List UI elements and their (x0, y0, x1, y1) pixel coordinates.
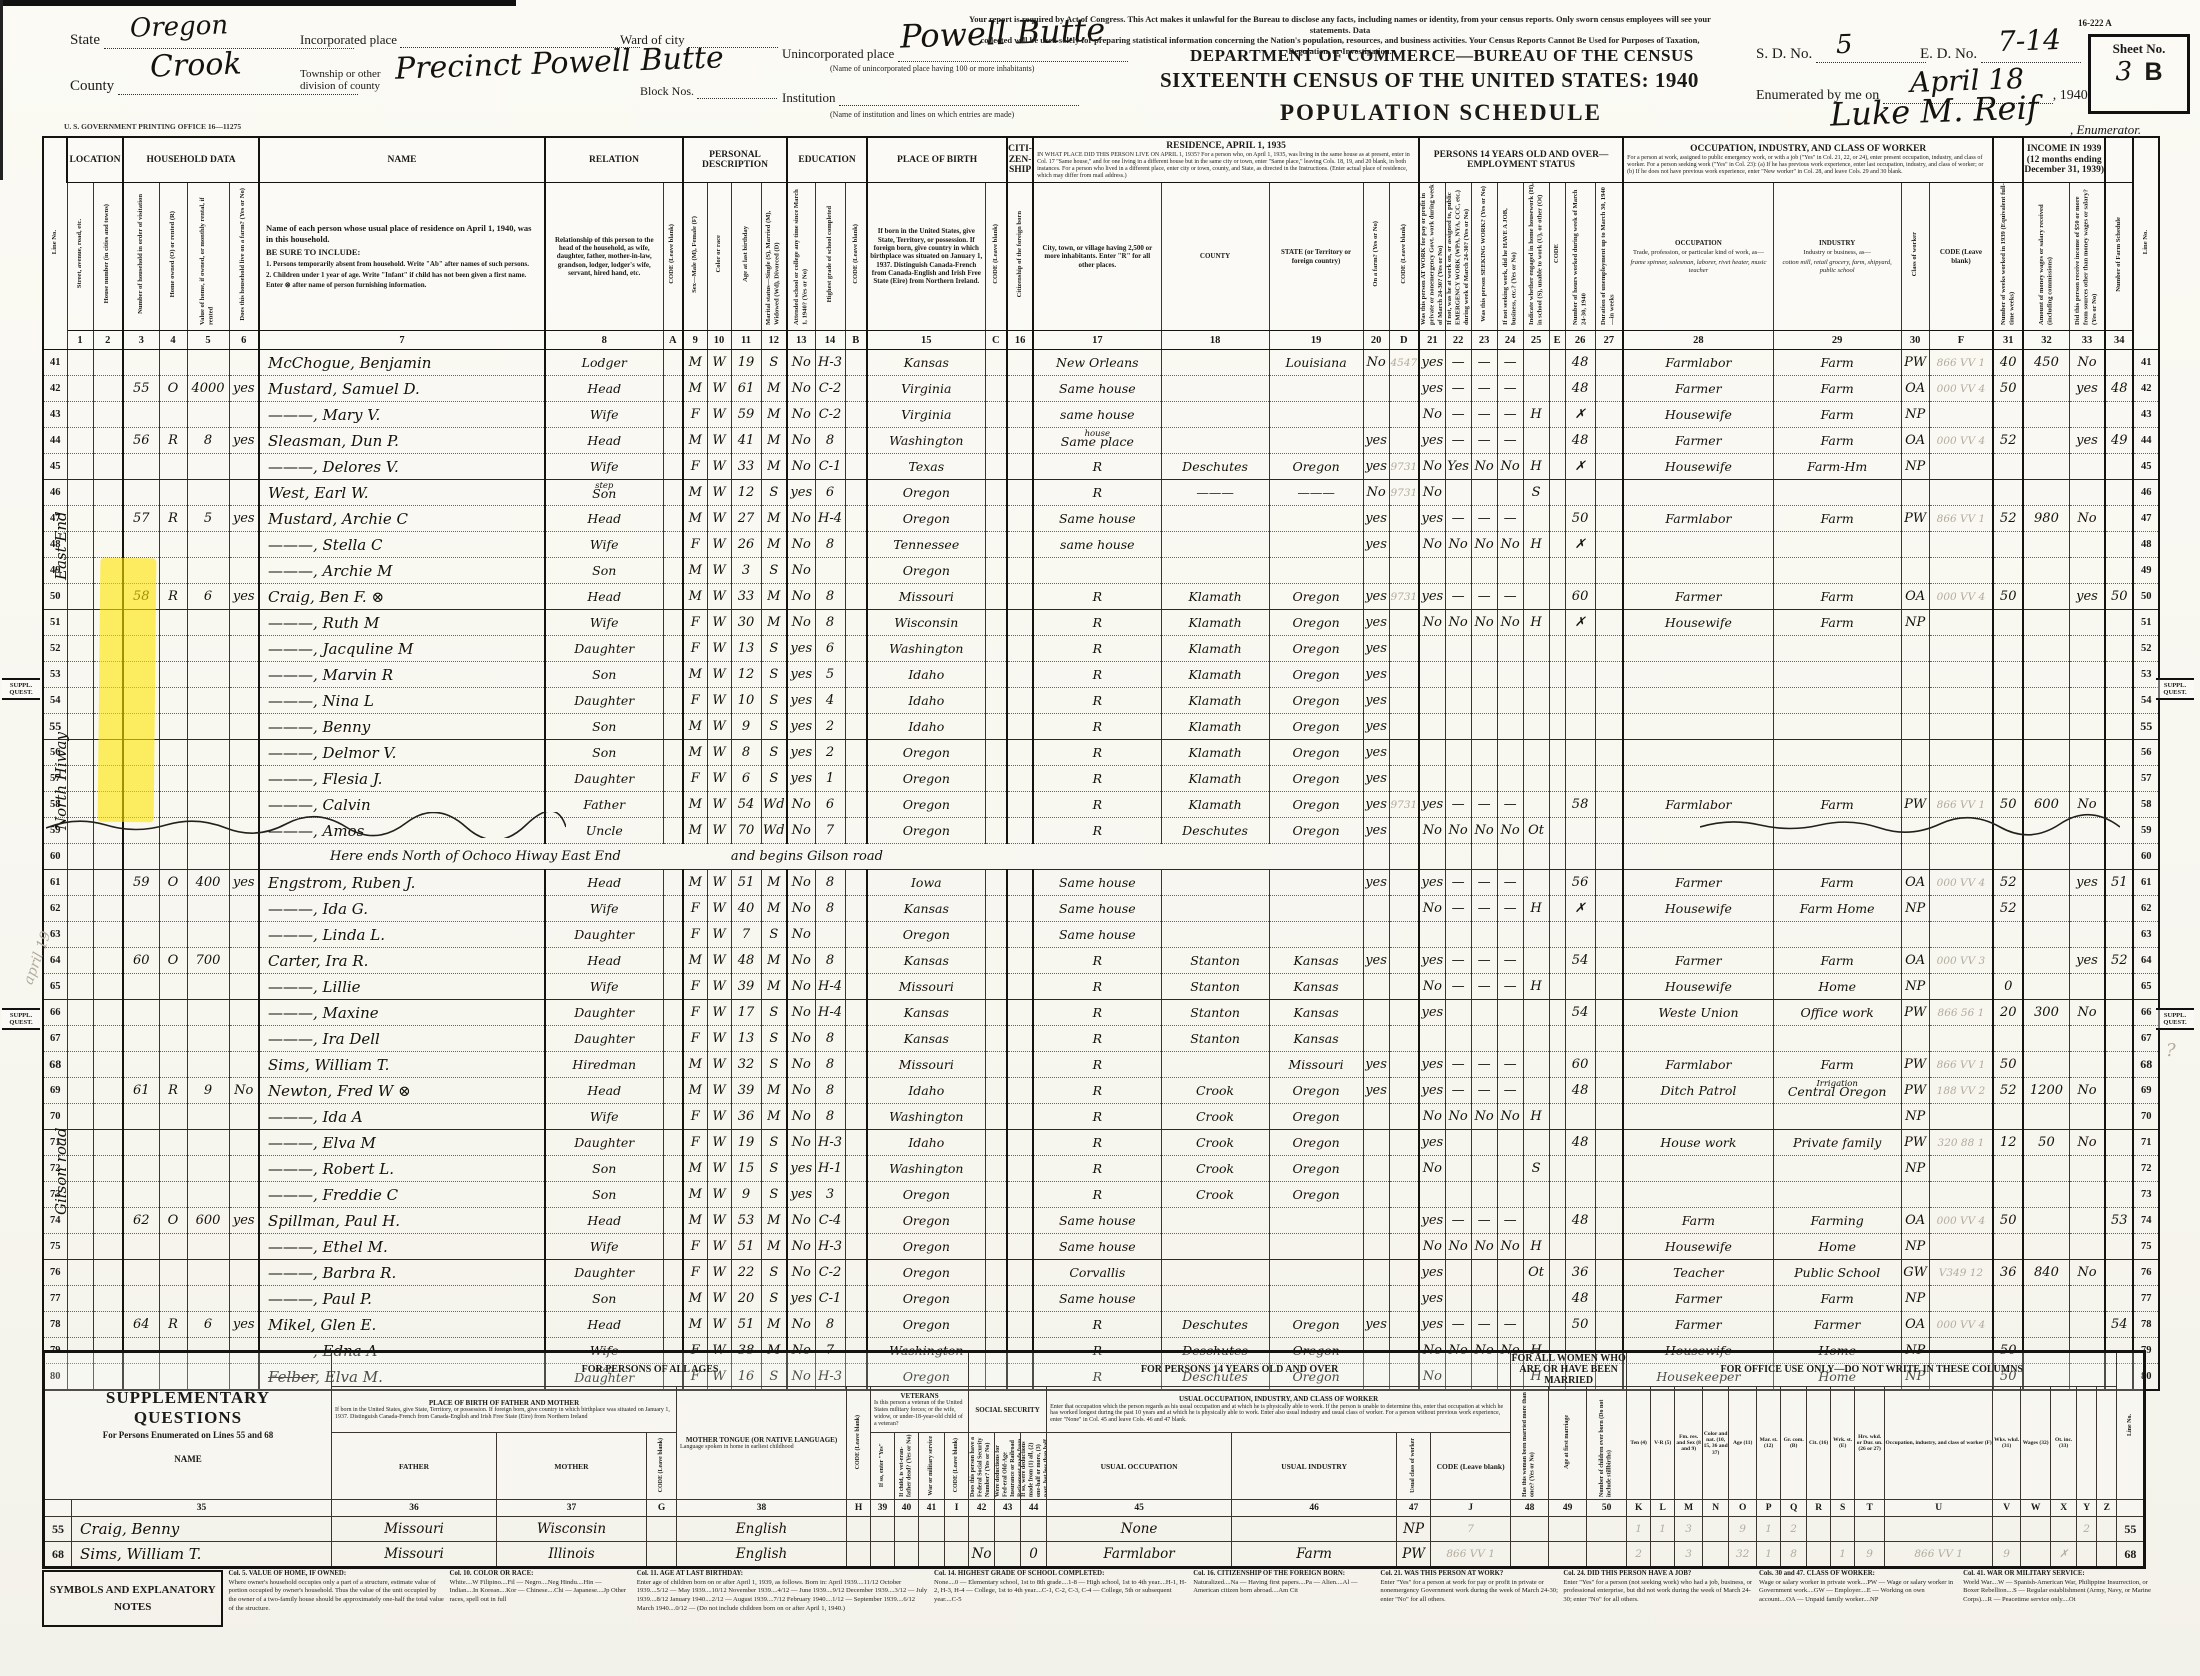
cell-oth (2069, 974, 2105, 1000)
cell-wks: 50 (1993, 376, 2023, 402)
cell-cit (1007, 974, 1033, 1000)
cell-w24: No (1497, 610, 1523, 636)
cell-r17: Same house (1033, 1234, 1161, 1260)
column-number-1: 1 (67, 331, 93, 350)
cell-r17: same house (1033, 532, 1161, 558)
cell-c (985, 974, 1007, 1000)
cell-col: W (707, 1312, 731, 1338)
form-header: State Oregon County Crook Incorporated p… (0, 6, 2200, 136)
cell-dur (1595, 1156, 1623, 1182)
cell-cit (1007, 402, 1033, 428)
cell-rel: Daughter (545, 1260, 663, 1286)
cell-col: W (707, 792, 731, 818)
cell-farm (229, 896, 259, 922)
cell-r18 (1161, 506, 1269, 532)
cell-a (663, 532, 683, 558)
cell-a (663, 1182, 683, 1208)
supp-cell-Q: 8 (1781, 1542, 1807, 1568)
cell-oth (2069, 714, 2105, 740)
cell-d (1389, 532, 1419, 558)
cell-w23 (1471, 636, 1497, 662)
cell-sch: No (787, 948, 815, 974)
supp-number-39: 39 (871, 1500, 895, 1517)
cell-c (985, 948, 1007, 974)
cell-cls: NP (1901, 896, 1929, 922)
cell-wag (2023, 1026, 2069, 1052)
cell-wks (1993, 1026, 2023, 1052)
cell-b (845, 1286, 867, 1312)
cell-house (93, 948, 123, 974)
cell-empty (67, 844, 93, 870)
cell-w24: — (1497, 584, 1523, 610)
column-header-B: CODE (Leave blank) (845, 183, 867, 331)
cell-f: 866 VV 1 (1929, 1052, 1993, 1078)
cell-hrs: 48 (1565, 1078, 1595, 1104)
column-number-13: 13 (787, 331, 815, 350)
veteran-father-dead-header: If child, is vet-eran-father dead? (Yes … (895, 1433, 919, 1500)
cell-d (1389, 922, 1419, 948)
cell-val (187, 1182, 229, 1208)
cell-r20: yes (1363, 818, 1389, 844)
cell-dur (1595, 766, 1623, 792)
cell-wag (2023, 1052, 2069, 1078)
cell-fs: 52 (2105, 948, 2133, 974)
cell-ind: Farm (1773, 402, 1901, 428)
supp-cell-v40 (895, 1542, 919, 1568)
cell-street (67, 1052, 93, 1078)
block-field: Block Nos. (640, 84, 777, 99)
column-number-D: D (1389, 331, 1419, 350)
group-header-10: OCCUPATION, INDUSTRY, AND CLASS OF WORKE… (1623, 137, 1993, 183)
cell-empty (1595, 844, 1623, 870)
cell-wag: 50 (2023, 1130, 2069, 1156)
cell-r18: Stanton (1161, 974, 1269, 1000)
cell-b (845, 766, 867, 792)
cell-rel: Son (545, 1182, 663, 1208)
group-header-8: RESIDENCE, APRIL 1, 1935IN WHAT PLACE DI… (1033, 137, 1419, 183)
women-col-w49: Age at first marriage (1549, 1387, 1587, 1500)
cell-sex: F (683, 1130, 707, 1156)
cell-f (1929, 688, 1993, 714)
cell-oth (2069, 610, 2105, 636)
cell-pob: Kansas (867, 1000, 985, 1026)
cell-c (985, 1182, 1007, 1208)
table-row-71: 71———, Elva MDaughterFW19SNoH-3IdahoRCro… (43, 1130, 2159, 1156)
table-row-65: 65———, LillieWifeFW39MNoH-4MissouriRStan… (43, 974, 2159, 1000)
cell-house (93, 1052, 123, 1078)
cell-col: W (707, 1000, 731, 1026)
cell-occ: Farmlabor (1623, 1052, 1773, 1078)
cell-hrs (1565, 818, 1595, 844)
note-6: Col. 21. WAS THIS PERSON AT WORK?Enter "… (1380, 1570, 1558, 1627)
cell-hh (123, 1052, 159, 1078)
supp-cell-O: 9 (1729, 1517, 1757, 1542)
street-label-east-end: East End (52, 511, 70, 580)
usual-industry-header: USUAL INDUSTRY (1232, 1433, 1397, 1500)
cell-house (93, 376, 123, 402)
cell-wag (2023, 740, 2069, 766)
column-number-11: 11 (731, 331, 761, 350)
cell-f: 000 VV 4 (1929, 870, 1993, 896)
cell-w21: yes (1419, 506, 1445, 532)
column-number-9: 9 (683, 331, 707, 350)
cell-r18: Klamath (1161, 662, 1269, 688)
supp-cell-ln2: 55 (2117, 1517, 2145, 1542)
cell-occ: Farmlabor (1623, 350, 1773, 376)
cell-name: Sleasman, Dun P. (259, 428, 545, 454)
cell-gr: 8 (815, 428, 845, 454)
cell-hrs: 54 (1565, 948, 1595, 974)
cell-sch: No (787, 1234, 815, 1260)
column-header-27: Duration of un­employ­ment up to March 3… (1595, 183, 1623, 331)
cell-oth (2069, 1182, 2105, 1208)
cell-street (67, 402, 93, 428)
cell-r17: R (1033, 1104, 1161, 1130)
cell-mar: S (761, 636, 787, 662)
cell-occ (1623, 1182, 1773, 1208)
cell-r18: Klamath (1161, 610, 1269, 636)
cell-oth (2069, 532, 2105, 558)
cell-fs (2105, 740, 2133, 766)
cell-rel: Hiredman (545, 1052, 663, 1078)
cell-gr: C-2 (815, 376, 845, 402)
supp-cell-occ: None (1047, 1517, 1232, 1542)
column-header-17: City, town, or village having 2,500 or m… (1033, 183, 1161, 331)
cell-r18: Klamath (1161, 714, 1269, 740)
cell-dur (1595, 1130, 1623, 1156)
cell-farm: No (229, 1078, 259, 1104)
cell-w21 (1419, 1182, 1445, 1208)
cell-r18 (1161, 428, 1269, 454)
supp-number-35: 35 (72, 1500, 332, 1517)
cell-r20 (1363, 558, 1389, 584)
cell-r17: R (1033, 818, 1161, 844)
cell-e (1549, 948, 1565, 974)
cell-f (1929, 1156, 1993, 1182)
supp-cell-s44 (1021, 1517, 1047, 1542)
cell-b (845, 480, 867, 506)
cell-w23: — (1471, 402, 1497, 428)
cell-occ: Housewife (1623, 454, 1773, 480)
cell-farm (229, 1104, 259, 1130)
line-number-left: 53 (43, 662, 67, 688)
cell-mar: S (761, 688, 787, 714)
supp-cell-U (1885, 1517, 1993, 1542)
cell-rel: Head (545, 1078, 663, 1104)
cell-cit (1007, 350, 1033, 376)
cell-oth (2069, 740, 2105, 766)
veterans-group-header: VETERANSIs this person a veteran of the … (871, 1387, 969, 1433)
cell-own: O (159, 376, 187, 402)
cell-e (1549, 896, 1565, 922)
cell-dur (1595, 1234, 1623, 1260)
cell-w23: — (1471, 1208, 1497, 1234)
line-number-right: 63 (2133, 922, 2159, 948)
cell-empty (159, 844, 187, 870)
cell-occ (1623, 766, 1773, 792)
county-value: Crook (149, 46, 242, 84)
cell-w24: — (1497, 376, 1523, 402)
cell-hrs (1565, 1234, 1595, 1260)
cell-age: 8 (731, 740, 761, 766)
cell-dur (1595, 1182, 1623, 1208)
cell-w22: — (1445, 1208, 1471, 1234)
cell-pob: Oregon (867, 1208, 985, 1234)
cell-pob: Washington (867, 1104, 985, 1130)
cell-r17: R (1033, 1312, 1161, 1338)
cell-hh (123, 1104, 159, 1130)
supp-cell-ln: 55 (44, 1517, 72, 1542)
table-row-62: 62———, Ida G.WifeFW40MNo8KansasSame hous… (43, 896, 2159, 922)
cell-r19 (1269, 1260, 1363, 1286)
column-number-C: C (985, 331, 1007, 350)
cell-e (1549, 1026, 1565, 1052)
column-header-23: Was this person SEEKING WORK? (Yes or No… (1471, 183, 1497, 331)
column-header-11: Age at last birthday (731, 183, 761, 331)
cell-fs (2105, 636, 2133, 662)
cell-b (845, 688, 867, 714)
cell-val (187, 896, 229, 922)
note-5: Col. 16. CITIZENSHIP OF THE FOREIGN BORN… (1193, 1570, 1375, 1627)
cell-dur (1595, 376, 1623, 402)
cell-b (845, 636, 867, 662)
table-row-54: 54———, Nina LDaughterFW10Syes4IdahoRKlam… (43, 688, 2159, 714)
cell-w24: — (1497, 350, 1523, 376)
cell-d (1389, 1286, 1419, 1312)
cell-w22 (1445, 662, 1471, 688)
cell-hrs (1565, 558, 1595, 584)
cell-street (67, 1026, 93, 1052)
cell-oth (2069, 402, 2105, 428)
cell-house (93, 922, 123, 948)
cell-occ: Housewife (1623, 896, 1773, 922)
cell-pob: Oregon (867, 1260, 985, 1286)
cell-hrs (1565, 1156, 1595, 1182)
supp-cell-j: 7 (1431, 1517, 1511, 1542)
cell-c (985, 896, 1007, 922)
cell-c (985, 1104, 1007, 1130)
cell-ind (1773, 1182, 1901, 1208)
note-9: Col. 41. WAR OR MILITARY SERVICE:World W… (1963, 1570, 2158, 1627)
cell-w25 (1523, 350, 1549, 376)
cell-street (67, 610, 93, 636)
cell-r19: Oregon (1269, 610, 1363, 636)
column-number-E: E (1549, 331, 1565, 350)
cell-ind: Home (1773, 974, 1901, 1000)
cell-gr: H-3 (815, 1234, 845, 1260)
cell-val (187, 766, 229, 792)
cell-sch: No (787, 1000, 815, 1026)
note-7: Col. 24. DID THIS PERSON HAVE A JOB?Ente… (1563, 1570, 1754, 1627)
cell-w23: No (1471, 1234, 1497, 1260)
cell-fs (2105, 1286, 2133, 1312)
cell-a (663, 636, 683, 662)
cell-pob: Oregon (867, 1286, 985, 1312)
cell-gr: C-2 (815, 402, 845, 428)
cell-gr: 2 (815, 740, 845, 766)
cell-d (1389, 688, 1419, 714)
column-number-25: 25 (1523, 331, 1549, 350)
cell-wks (1993, 1104, 2023, 1130)
supp-cell-s43 (995, 1517, 1021, 1542)
cell-dur (1595, 636, 1623, 662)
cell-r20: yes (1363, 636, 1389, 662)
cell-fs (2105, 922, 2133, 948)
cell-w22: No (1445, 610, 1471, 636)
department-title: DEPARTMENT OF COMMERCE—BUREAU OF THE CEN… (1190, 46, 1694, 66)
cell-occ (1623, 532, 1773, 558)
cell-wag (2023, 1208, 2069, 1234)
cell-w24 (1497, 922, 1523, 948)
cell-e (1549, 818, 1565, 844)
cell-street (67, 662, 93, 688)
cell-r18: Crook (1161, 1156, 1269, 1182)
census-title: SIXTEENTH CENSUS OF THE UNITED STATES: 1… (1160, 68, 1699, 93)
group-header-1: HOUSEHOLD DATA (123, 137, 259, 183)
line-number-left: 76 (43, 1260, 67, 1286)
cell-r20 (1363, 1000, 1389, 1026)
cell-c (985, 1078, 1007, 1104)
cell-val: 600 (187, 1208, 229, 1234)
cell-street (67, 1130, 93, 1156)
cell-gr: H-4 (815, 974, 845, 1000)
cell-w23 (1471, 1130, 1497, 1156)
cell-val (187, 610, 229, 636)
cell-a (663, 376, 683, 402)
supp-number-R: R (1807, 1500, 1831, 1517)
cell-w23: — (1471, 948, 1497, 974)
cell-rel: Head (545, 506, 663, 532)
enumerator-signature: Luke M. Reif (1829, 88, 2039, 133)
cell-r18 (1161, 1234, 1269, 1260)
cell-mar: S (761, 1000, 787, 1026)
cell-hrs (1565, 688, 1595, 714)
cell-fs (2105, 662, 2133, 688)
mother-header: MOTHER (497, 1433, 647, 1500)
cell-gr: C-2 (815, 1260, 845, 1286)
cell-cit (1007, 506, 1033, 532)
supp-cell-cls: NP (1397, 1517, 1431, 1542)
table-row-50: 5058R6yesCraig, Ben F. ⊗HeadMW33MNo8Miss… (43, 584, 2159, 610)
cell-rel: Wife (545, 1234, 663, 1260)
cell-w23: — (1471, 584, 1497, 610)
cell-b (845, 818, 867, 844)
cell-r18 (1161, 1052, 1269, 1078)
cell-w22 (1445, 688, 1471, 714)
cell-w21: yes (1419, 1000, 1445, 1026)
cell-w21: yes (1419, 948, 1445, 974)
cell-name: Sims, William T. (259, 1052, 545, 1078)
cell-cit (1007, 610, 1033, 636)
schedule-title: POPULATION SCHEDULE (1280, 100, 1602, 126)
cell-w23 (1471, 714, 1497, 740)
cell-b (845, 402, 867, 428)
usual-class-header: Usual class of worker (1397, 1433, 1431, 1500)
cell-sch: No (787, 974, 815, 1000)
cell-r18: Klamath (1161, 792, 1269, 818)
cell-w22: — (1445, 402, 1471, 428)
cell-own (159, 636, 187, 662)
cell-col: W (707, 1078, 731, 1104)
line-number-left: 67 (43, 1026, 67, 1052)
cell-wks (1993, 766, 2023, 792)
cell-rel: Wife (545, 1104, 663, 1130)
cell-sex: M (683, 1208, 707, 1234)
cell-b (845, 1052, 867, 1078)
cell-w22 (1445, 740, 1471, 766)
table-row-61: 6159O400yesEngstrom, Ruben J.HeadMW51MNo… (43, 870, 2159, 896)
column-header-13: Attended school or college any time sinc… (787, 183, 815, 331)
cell-f (1929, 610, 1993, 636)
cell-farm: yes (229, 376, 259, 402)
women-col-w48: Has this woman been married more than on… (1511, 1387, 1549, 1500)
column-header-5: Value of home, if owned, or monthly rent… (187, 183, 229, 331)
cell-sch: No (787, 1130, 815, 1156)
cell-pob: Idaho (867, 714, 985, 740)
cell-val (187, 532, 229, 558)
cell-rel: Head (545, 584, 663, 610)
cell-empty (2105, 844, 2133, 870)
cell-own (159, 480, 187, 506)
cell-r18: Stanton (1161, 948, 1269, 974)
cell-f: 000 VV 4 (1929, 1312, 1993, 1338)
cell-fs (2105, 402, 2133, 428)
cell-ind (1773, 532, 1901, 558)
column-number-2: 2 (93, 331, 123, 350)
cell-w25 (1523, 922, 1549, 948)
cell-c (985, 376, 1007, 402)
cell-r19: Oregon (1269, 662, 1363, 688)
cell-col: W (707, 1260, 731, 1286)
cell-house (93, 1208, 123, 1234)
supp-cell-L (1651, 1542, 1675, 1568)
office-col-L: V-R (5) (1651, 1387, 1675, 1500)
cell-age: 3 (731, 558, 761, 584)
cell-c (985, 350, 1007, 376)
sheet-number-box: Sheet No. 3 B (2088, 34, 2190, 114)
cell-dur (1595, 922, 1623, 948)
cell-ind: Farm (1773, 376, 1901, 402)
cell-col: W (707, 1026, 731, 1052)
cell-cit (1007, 1130, 1033, 1156)
office-col-R: Cit. (16) (1807, 1387, 1831, 1500)
cell-r17: R (1033, 740, 1161, 766)
cell-empty (1419, 844, 1445, 870)
cell-r19: Oregon (1269, 818, 1363, 844)
supp-cell-mother: Wisconsin (497, 1517, 647, 1542)
cell-gr: 6 (815, 480, 845, 506)
cell-rel: Wife (545, 610, 663, 636)
cell-mar: S (761, 662, 787, 688)
supp-cell-Z (2097, 1542, 2117, 1568)
cell-sex: M (683, 506, 707, 532)
cell-wag (2023, 584, 2069, 610)
cell-cit (1007, 1208, 1033, 1234)
column-number-27: 27 (1595, 331, 1623, 350)
cell-occ (1623, 480, 1773, 506)
cell-w21: No (1419, 1156, 1445, 1182)
column-header-33: Did this person receive income of $50 or… (2069, 183, 2105, 331)
cell-farm (229, 922, 259, 948)
cell-val: 6 (187, 1312, 229, 1338)
cell-oth (2069, 1208, 2105, 1234)
cell-sex: F (683, 922, 707, 948)
table-row-66: 66———, MaxineDaughterFW17SNoH-4KansasRSt… (43, 1000, 2159, 1026)
cell-col: W (707, 1208, 731, 1234)
table-row-51: 51———, Ruth MWifeFW30MNo8WisconsinRKlama… (43, 610, 2159, 636)
cell-house (93, 1260, 123, 1286)
supp-cell-w49 (1549, 1542, 1587, 1568)
